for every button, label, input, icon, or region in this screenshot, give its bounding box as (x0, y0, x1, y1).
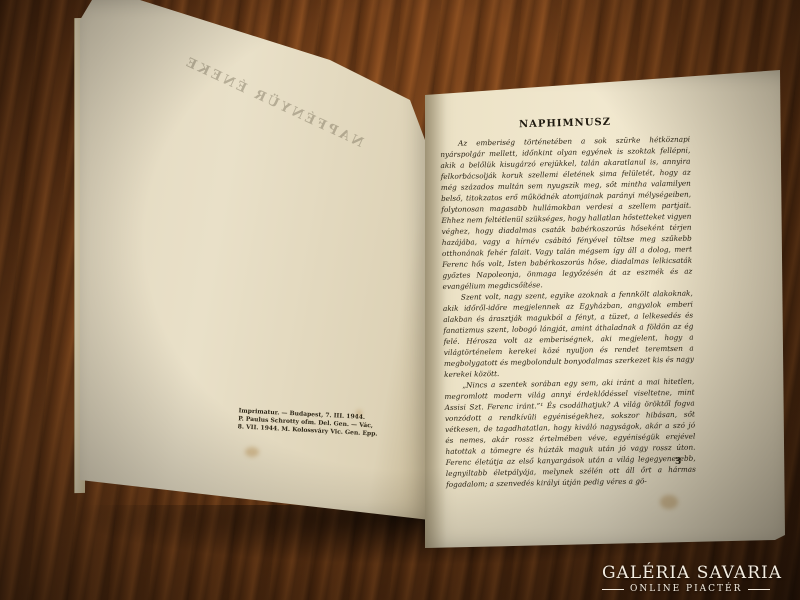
paragraph: Szent volt, nagy szent, egyike azoknak a… (443, 288, 694, 380)
stain (660, 495, 678, 509)
stain (245, 447, 259, 457)
page-number: 3 (675, 457, 681, 467)
watermark: GALÉRIA SAVARIA ONLINE PIACTÉR (602, 563, 782, 594)
paragraph: „Nincs a szentek sorában egy sem, aki ir… (444, 376, 696, 490)
paragraph: Az emberiség történetében a sok szürke h… (440, 134, 693, 292)
page-heading: NAPHIMNUSZ (440, 115, 690, 133)
divider (748, 589, 770, 590)
divider (602, 589, 624, 590)
watermark-brand: GALÉRIA SAVARIA (602, 563, 782, 583)
right-page-content: NAPHIMNUSZ Az emberiség történetében a s… (440, 118, 690, 490)
watermark-tagline-row: ONLINE PIACTÉR (602, 584, 782, 594)
left-page (80, 0, 430, 520)
body-text: Az emberiség történetében a sok szürke h… (440, 134, 696, 490)
watermark-tagline: ONLINE PIACTÉR (630, 584, 742, 594)
